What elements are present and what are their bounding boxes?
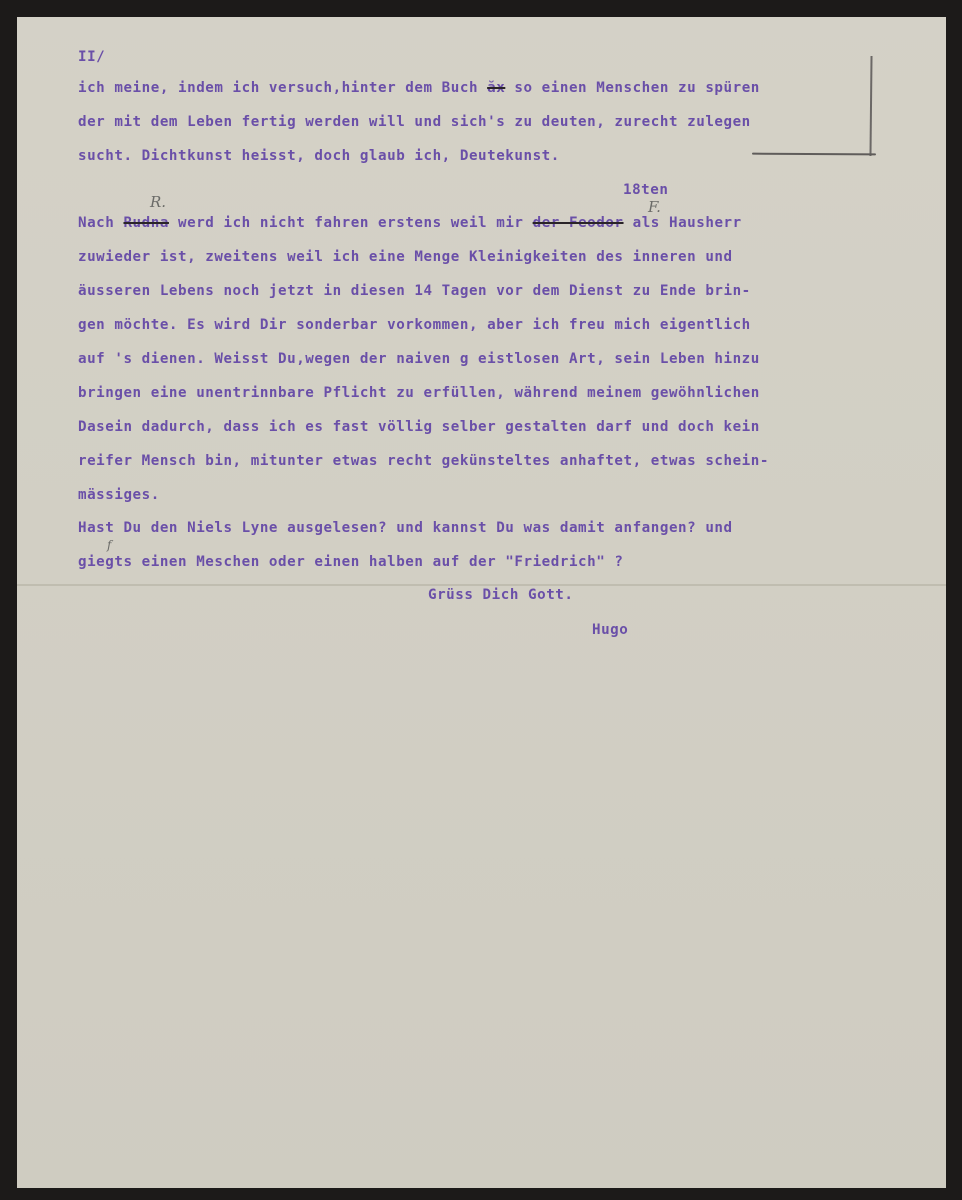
text-line: sucht. Dichtkunst heisst, doch glaub ich… xyxy=(78,147,560,165)
text-segment: Nach xyxy=(78,215,123,231)
struck-text: ăx xyxy=(487,80,505,96)
typed-insertion: 18ten xyxy=(623,181,668,199)
text-segment: ich meine, indem ich versuch,hinter dem … xyxy=(78,80,487,96)
text-line: giegts einen Meschen oder einen halben a… xyxy=(78,553,624,571)
text-line: auf 's dienen. Weisst Du,wegen der naive… xyxy=(78,350,760,368)
closing-salutation: Grüss Dich Gott. xyxy=(428,586,573,604)
text-line: zuwieder ist, zweitens weil ich eine Men… xyxy=(78,248,733,266)
text-segment: werd ich nicht fahren erstens weil mir xyxy=(169,215,533,231)
text-segment: so einen Menschen zu spüren xyxy=(505,80,760,96)
struck-text: Rudna xyxy=(123,215,168,231)
text-line: reifer Mensch bin, mitunter etwas recht … xyxy=(78,452,769,470)
handwritten-annotation: R. xyxy=(150,193,166,211)
text-line: Hast Du den Niels Lyne ausgelesen? und k… xyxy=(78,519,733,537)
handwritten-annotation: f xyxy=(107,538,111,552)
text-line: Nach Rudna werd ich nicht fahren erstens… xyxy=(78,214,742,232)
text-line: bringen eine unentrinnbare Pflicht zu er… xyxy=(78,384,760,402)
text-line: ich meine, indem ich versuch,hinter dem … xyxy=(78,79,760,97)
text-line: der mit dem Leben fertig werden will und… xyxy=(78,113,751,131)
text-line: mässiges. xyxy=(78,486,160,504)
text-line: Dasein dadurch, dass ich es fast völlig … xyxy=(78,418,760,436)
text-line: gen möchte. Es wird Dir sonderbar vorkom… xyxy=(78,316,751,334)
text-line: äusseren Lebens noch jetzt in diesen 14 … xyxy=(78,282,751,300)
signature: Hugo xyxy=(592,621,628,639)
struck-text: der Feodor xyxy=(533,215,624,231)
text-segment: als Hausherr xyxy=(624,215,742,231)
page-label: II/ xyxy=(78,48,105,66)
